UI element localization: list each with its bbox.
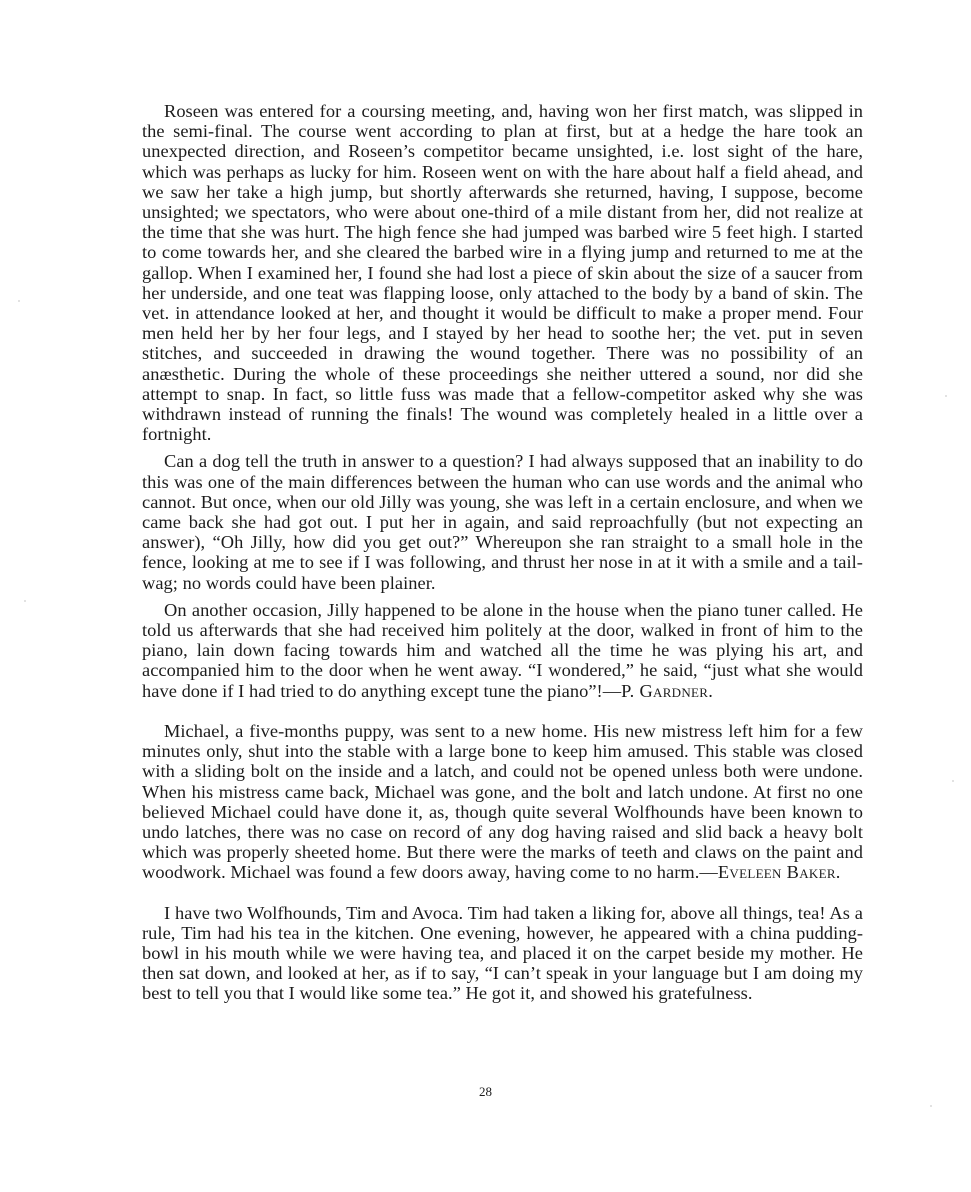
paragraph-jilly-truth: Can a dog tell the truth in answer to a …	[142, 451, 863, 592]
paragraph-roseen-coursing: Roseen was entered for a coursing meetin…	[142, 101, 863, 444]
paragraph-tim-avoca-tea: I have two Wolfhounds, Tim and Avoca. Ti…	[142, 903, 863, 1004]
paragraph-jilly-piano-tuner: On another occasion, Jilly happened to b…	[142, 600, 863, 701]
scan-speck	[930, 1105, 932, 1107]
scan-speck	[952, 780, 954, 782]
page-body: Roseen was entered for a coursing meetin…	[142, 101, 863, 1004]
scan-speck	[18, 300, 20, 302]
paragraph-text: Michael, a five-months puppy, was sent t…	[142, 721, 863, 882]
scan-speck	[24, 600, 26, 602]
author-signature: P. Gardner.	[621, 681, 713, 701]
paragraph-michael-puppy: Michael, a five-months puppy, was sent t…	[142, 721, 863, 883]
author-signature: Eveleen Baker.	[718, 862, 841, 882]
scan-speck	[945, 395, 947, 397]
paragraph-text: On another occasion, Jilly happened to b…	[142, 600, 863, 701]
page-number: 28	[0, 1084, 971, 1100]
